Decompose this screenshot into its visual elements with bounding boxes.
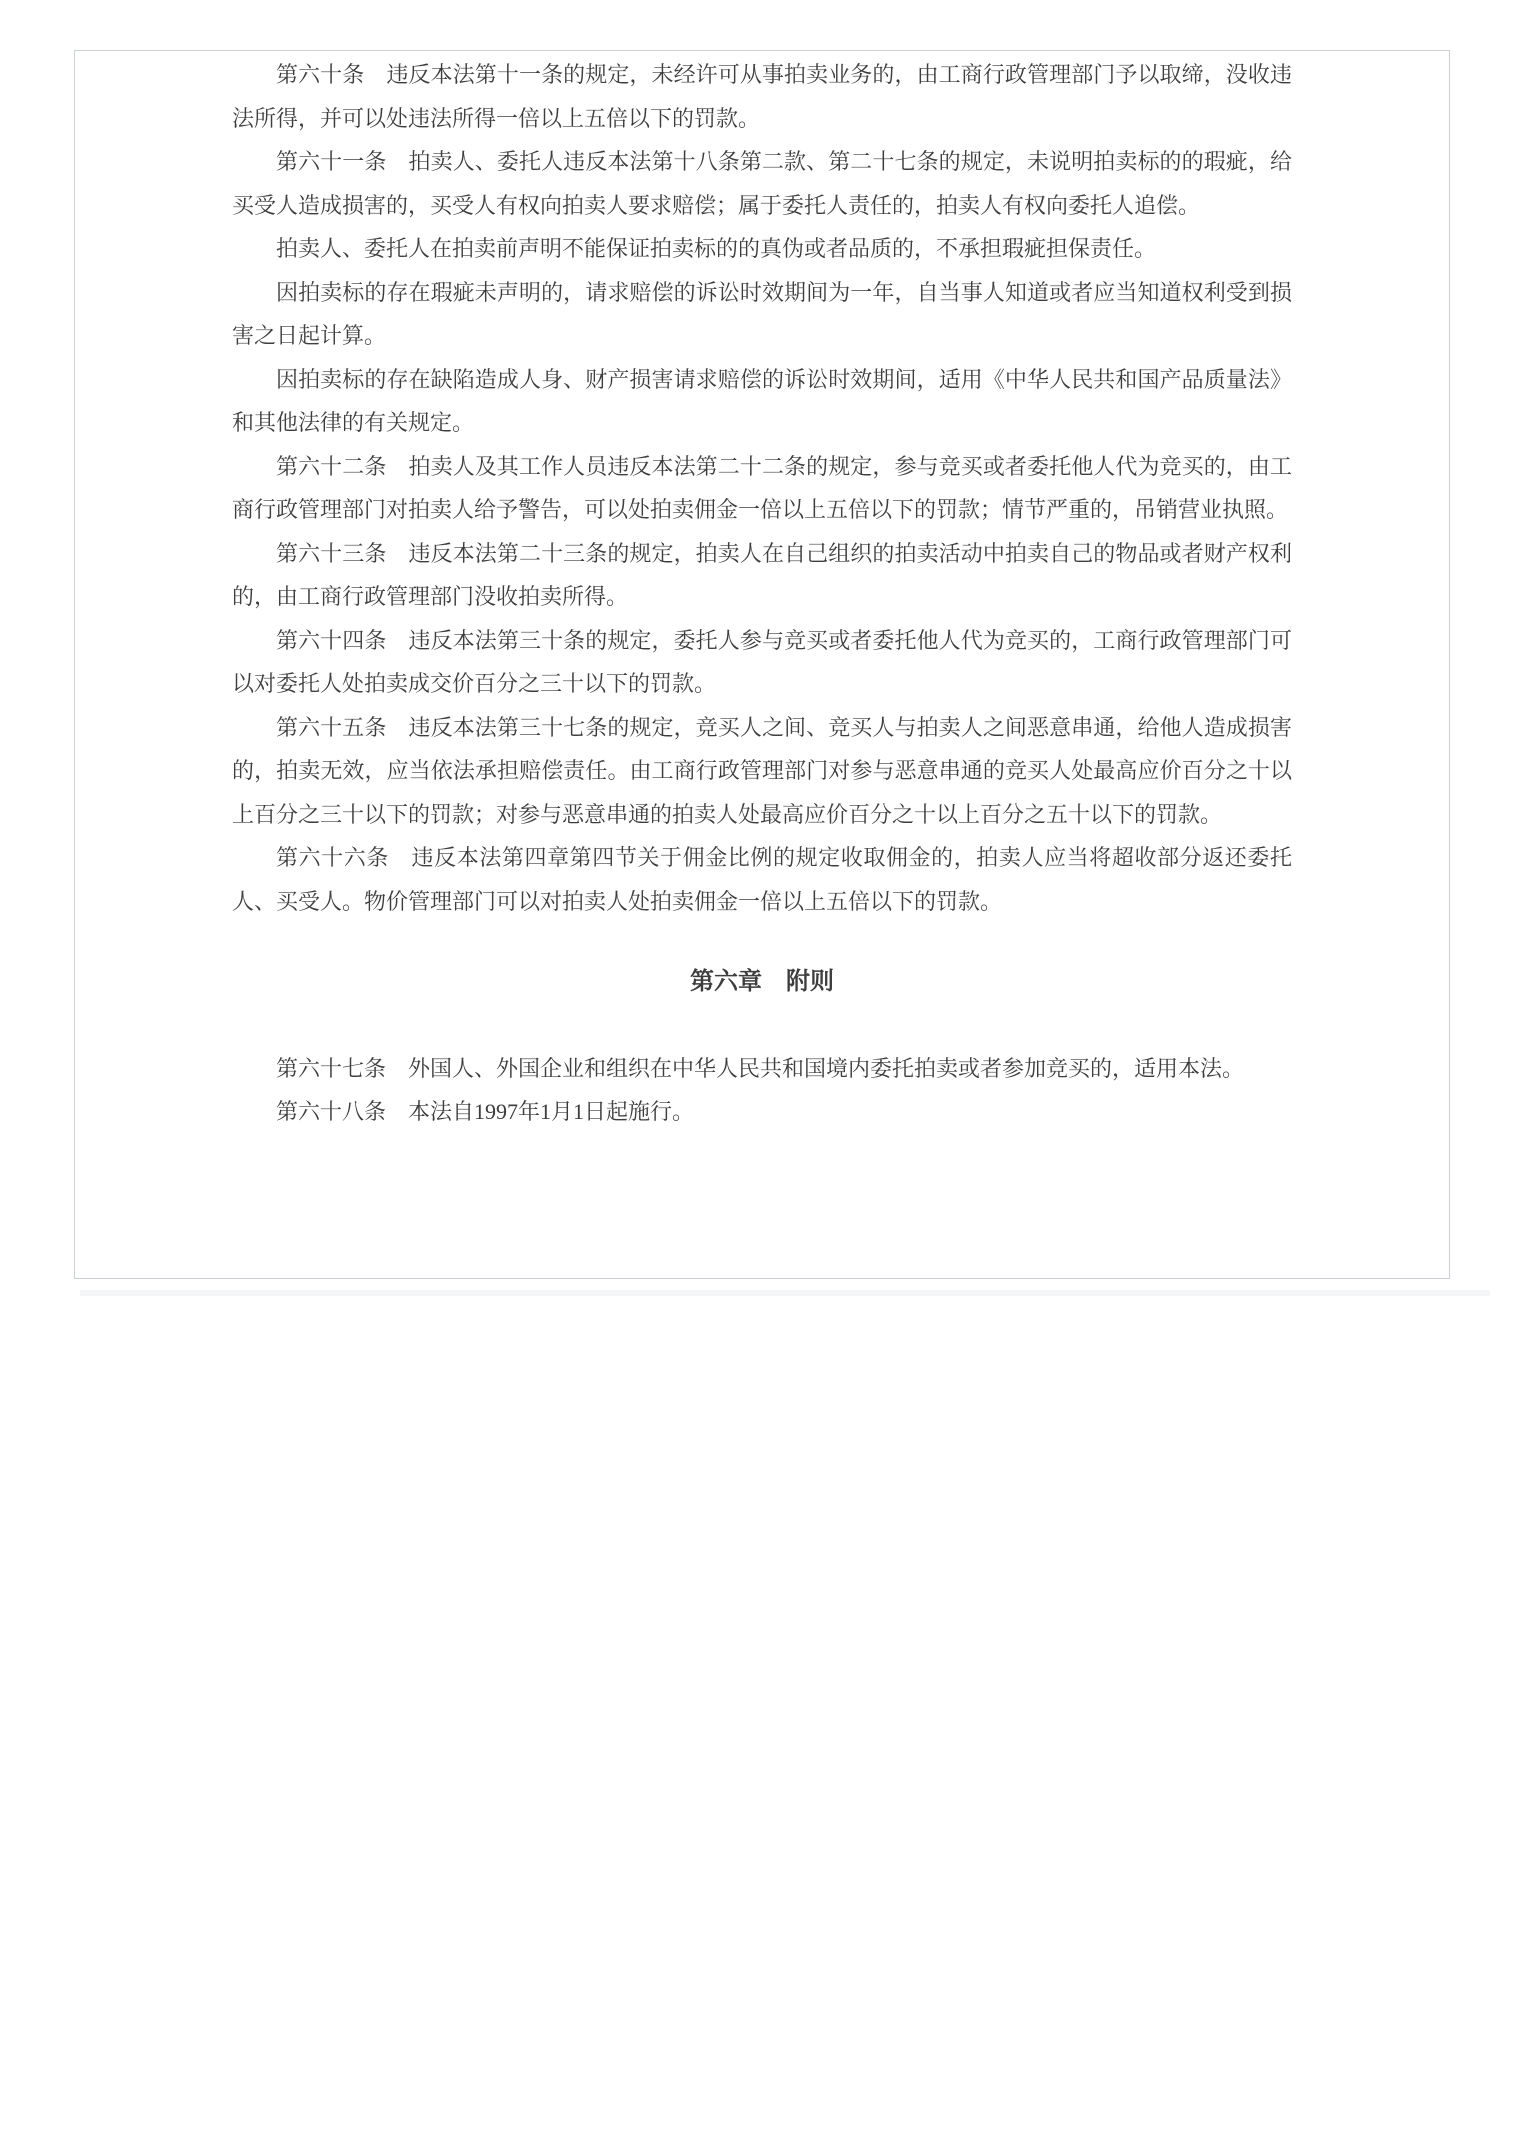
document-line: 第六十条 违反本法第十一条的规定，未经许可从事拍卖业务的，由工商行政管理部门予以…: [232, 53, 1292, 97]
document-line: 商行政管理部门对拍卖人给予警告，可以处拍卖佣金一倍以上五倍以下的罚款；情节严重的…: [232, 488, 1292, 532]
document-line: 第六十五条 违反本法第三十七条的规定，竞买人之间、竞买人与拍卖人之间恶意串通，给…: [232, 706, 1292, 750]
document-line: 买受人造成损害的，买受人有权向拍卖人要求赔偿；属于委托人责任的，拍卖人有权向委托…: [232, 184, 1292, 228]
divider: [80, 1290, 1490, 1296]
document-line: 第六十六条 违反本法第四章第四节关于佣金比例的规定收取佣金的，拍卖人应当将超收部…: [232, 836, 1292, 880]
document-line: 以对委托人处拍卖成交价百分之三十以下的罚款。: [232, 662, 1292, 706]
document-line: 害之日起计算。: [232, 314, 1292, 358]
document-line: 人、买受人。物价管理部门可以对拍卖人处拍卖佣金一倍以上五倍以下的罚款。: [232, 880, 1292, 924]
chapter-heading: 第六章 附则: [232, 961, 1292, 1005]
document-card: 第六十条 违反本法第十一条的规定，未经许可从事拍卖业务的，由工商行政管理部门予以…: [74, 50, 1450, 1279]
document-line: 的，拍卖无效，应当依法承担赔偿责任。由工商行政管理部门对参与恶意串通的竞买人处最…: [232, 749, 1292, 793]
page-background: 第六十条 违反本法第十一条的规定，未经许可从事拍卖业务的，由工商行政管理部门予以…: [0, 0, 1520, 2150]
document-line: 第六十二条 拍卖人及其工作人员违反本法第二十二条的规定，参与竞买或者委托他人代为…: [232, 445, 1292, 489]
document-line: 上百分之三十以下的罚款；对参与恶意串通的拍卖人处最高应价百分之十以上百分之五十以…: [232, 793, 1292, 837]
document-line: 和其他法律的有关规定。: [232, 401, 1292, 445]
document-line: 第六十七条 外国人、外国企业和组织在中华人民共和国境内委托拍卖或者参加竞买的，适…: [232, 1047, 1292, 1091]
document-line: 因拍卖标的存在缺陷造成人身、财产损害请求赔偿的诉讼时效期间，适用《中华人民共和国…: [232, 358, 1292, 402]
document-line: 因拍卖标的存在瑕疵未声明的，请求赔偿的诉讼时效期间为一年，自当事人知道或者应当知…: [232, 271, 1292, 315]
document-line: 拍卖人、委托人在拍卖前声明不能保证拍卖标的的真伪或者品质的，不承担瑕疵担保责任。: [232, 227, 1292, 271]
document-line: 第六十八条 本法自1997年1月1日起施行。: [232, 1090, 1292, 1134]
document-line: 第六十一条 拍卖人、委托人违反本法第十八条第二款、第二十七条的规定，未说明拍卖标…: [232, 140, 1292, 184]
document-line: 的，由工商行政管理部门没收拍卖所得。: [232, 575, 1292, 619]
document-line: 第六十四条 违反本法第三十条的规定，委托人参与竞买或者委托他人代为竞买的，工商行…: [232, 619, 1292, 663]
document-line: 第六十三条 违反本法第二十三条的规定，拍卖人在自己组织的拍卖活动中拍卖自己的物品…: [232, 532, 1292, 576]
document-line: 法所得，并可以处违法所得一倍以上五倍以下的罚款。: [232, 97, 1292, 141]
